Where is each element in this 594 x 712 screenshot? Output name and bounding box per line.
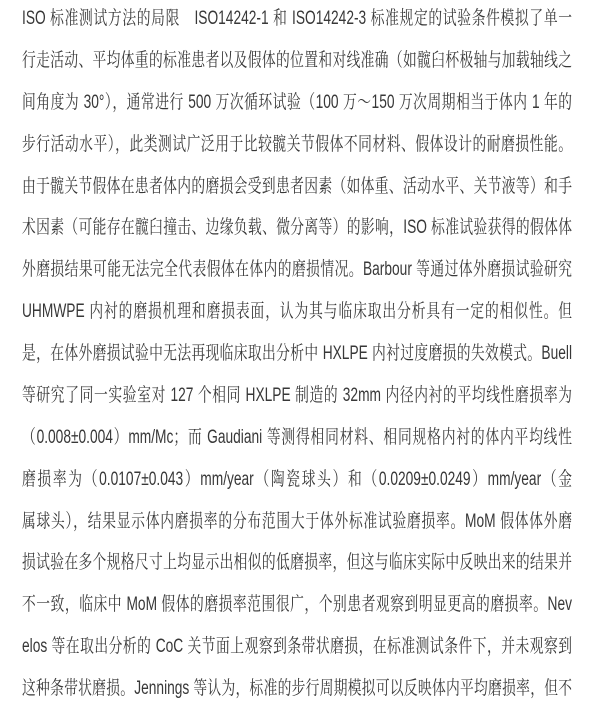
- paragraph: ISO 标准测试方法的局限 ISO14242-1 和 ISO14242-3 标准…: [22, 0, 572, 710]
- text-line: 步行活动水平），此类测试广泛用于比较髋关节假体不同材料、假体设计的耐磨损性能。: [22, 124, 572, 166]
- text-line: 这种条带状磨损。Jennings 等认为，标准的步行周期模拟可以反映体内平均磨损…: [22, 668, 572, 710]
- text-line: （0.008±0.004）mm/Mc；而 Gaudiani 等测得相同材料、相同…: [22, 417, 572, 459]
- text-line: 磨损率为（0.0107±0.043）mm/year（陶瓷球头）和（0.0209±…: [22, 459, 572, 501]
- text-line: 由于髋关节假体在患者体内的磨损会受到患者因素（如体重、活动水平、关节液等）和手: [22, 166, 572, 208]
- text-line: 损试验在多个规格尺寸上均显示出相似的低磨损率，但这与临床实际中反映出来的结果并: [22, 542, 572, 584]
- text-line: 术因素（可能存在髋臼撞击、边缘负载、微分离等）的影响，ISO 标准试验获得的假体…: [22, 207, 572, 249]
- text-line: 是，在体外磨损试验中无法再现临床取出分析中 HXLPE 内衬过度磨损的失效模式。…: [22, 333, 572, 375]
- text-line: elos 等在取出分析的 CoC 关节面上观察到条带状磨损，在标准测试条件下，并…: [22, 626, 572, 668]
- text-line: 行走活动、平均体重的标准患者以及假体的位置和对线准确（如髋臼杯极轴与加载轴线之: [22, 40, 572, 82]
- text-line: 等研究了同一实验室对 127 个相同 HXLPE 制造的 32mm 内径内衬的平…: [22, 375, 572, 417]
- text-line: ISO 标准测试方法的局限 ISO14242-1 和 ISO14242-3 标准…: [22, 0, 572, 40]
- text-line: 外磨损结果可能无法完全代表假体在体内的磨损情况。Barbour 等通过体外磨损试…: [22, 249, 572, 291]
- text-line: UHMWPE 内衬的磨损机理和磨损表面，认为其与临床取出分析具有一定的相似性。但: [22, 291, 572, 333]
- document-page: ISO 标准测试方法的局限 ISO14242-1 和 ISO14242-3 标准…: [0, 0, 594, 710]
- text-line: 间角度为 30°），通常进行 500 万次循环试验（100 万～150 万次周期…: [22, 82, 572, 124]
- text-line: 属球头），结果显示体内磨损率的分布范围大于体外标准试验磨损率。MoM 假体体外磨: [22, 501, 572, 543]
- text-line: 不一致，临床中 MoM 假体的磨损率范围很广，个别患者观察到明显更高的磨损率。N…: [22, 584, 572, 626]
